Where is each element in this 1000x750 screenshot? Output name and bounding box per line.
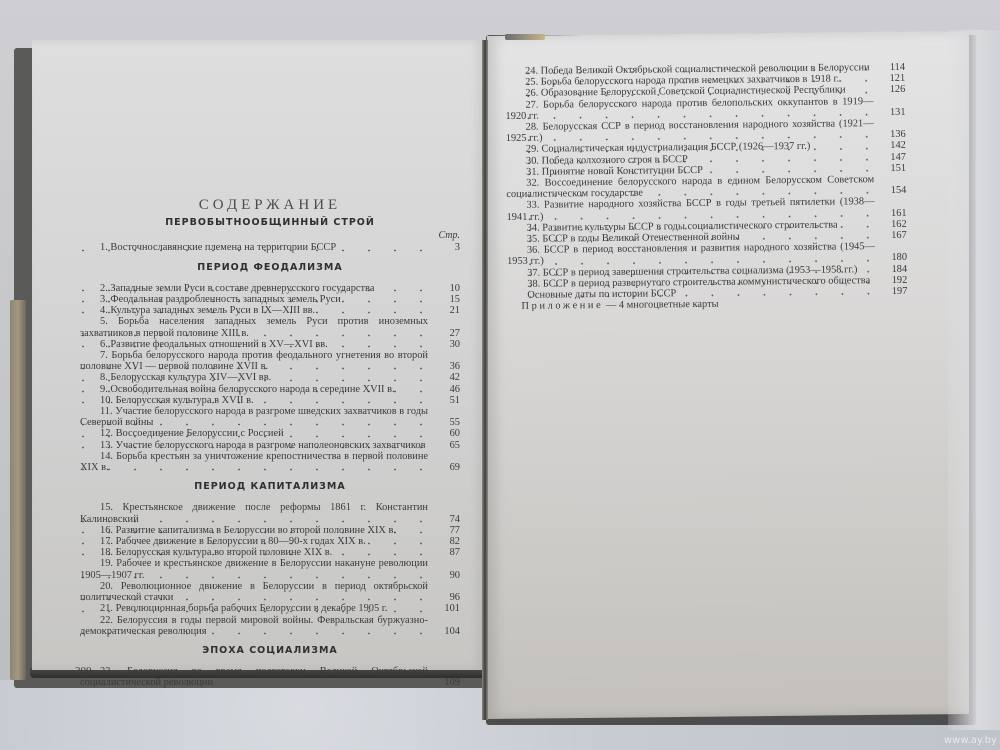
toc-entry[interactable]: 3. Феодальная раздробленность западных з…	[80, 294, 460, 305]
page-number: 200	[75, 665, 92, 677]
toc-entry[interactable]: 16. Развитие капитализма в Белоруссии во…	[80, 525, 460, 536]
toc-entry[interactable]: 9. Освободительная война белорусского на…	[80, 384, 460, 395]
toc-entry[interactable]: 10. Белорусская культура в XVII в.51	[80, 395, 460, 406]
toc-title: СОДЕРЖАНИЕ	[80, 200, 460, 211]
book-spine	[482, 40, 488, 720]
section-heading: ПЕРИОД ФЕОДАЛИЗМА	[80, 262, 460, 273]
toc-entry[interactable]: 2. Западные земли Руси в составе древнер…	[80, 283, 460, 294]
toc-entry[interactable]: 21. Революционная борьба рабочих Белорус…	[80, 603, 460, 614]
toc-entry[interactable]: 13. Участие белорусского народа в разгро…	[80, 440, 460, 451]
toc-entry[interactable]: 5. Борьба населения западных земель Руси…	[80, 316, 460, 338]
book-cover-edge	[10, 300, 26, 680]
section-heading: ПЕРВОБЫТНООБЩИННЫЙ СТРОЙ	[80, 217, 460, 228]
page-column-label: Стр.	[438, 230, 460, 241]
section-heading: ЭПОХА СОЦИАЛИЗМА	[80, 645, 460, 656]
toc-entry[interactable]: 18. Белорусская культура во второй полов…	[80, 547, 460, 558]
toc-entry[interactable]: 11. Участие белорусского народа в разгро…	[80, 406, 460, 428]
appendix-label: Приложение	[521, 300, 603, 312]
toc-entry[interactable]: 22. Белоруссия в годы первой мировой вой…	[80, 615, 460, 637]
toc-entry[interactable]: 6. Развитие феодальных отношений в XV—XV…	[80, 339, 460, 350]
appendix-text: — 4 многоцветные карты	[606, 299, 719, 311]
toc-entry[interactable]: 19. Рабочее и крестьянское движение в Бе…	[80, 558, 460, 580]
toc-right: 24. Победа Великой Октябрьской социалист…	[505, 62, 908, 313]
toc-entry[interactable]: 15. Крестьянское движение после реформы …	[80, 502, 460, 524]
background-right	[948, 30, 1000, 730]
toc-entry[interactable]: 12. Воссоединение Белоруссии с Россией60	[80, 428, 460, 439]
toc-entry[interactable]: 14. Борьба крестьян за уничтожение крепо…	[80, 451, 460, 473]
toc-entry[interactable]: 17. Рабочее движение в Белоруссии в 80—9…	[80, 536, 460, 547]
page-corner-edge	[505, 34, 545, 40]
toc-left: СОДЕРЖАНИЕ ПЕРВОБЫТНООБЩИННЫЙ СТРОЙ Стр.…	[80, 200, 460, 689]
toc-entry[interactable]: 7. Борьба белорусского народа против фео…	[80, 350, 460, 372]
toc-entry[interactable]: 23. Белоруссия во время подготовки Велик…	[80, 666, 460, 688]
toc-entry[interactable]: Стр. 1. Восточнославянские племена на те…	[80, 242, 460, 253]
toc-entry[interactable]: 20. Революционное движение в Белоруссии …	[80, 581, 460, 603]
toc-entry[interactable]: 4. Культура западных земель Руси в IX—XI…	[80, 305, 460, 316]
watermark: www.ay.by	[944, 735, 997, 746]
section-heading: ПЕРИОД КАПИТАЛИЗМА	[80, 481, 460, 492]
toc-entry[interactable]: 8. Белорусская культура XIV—XVI вв.42	[80, 372, 460, 383]
